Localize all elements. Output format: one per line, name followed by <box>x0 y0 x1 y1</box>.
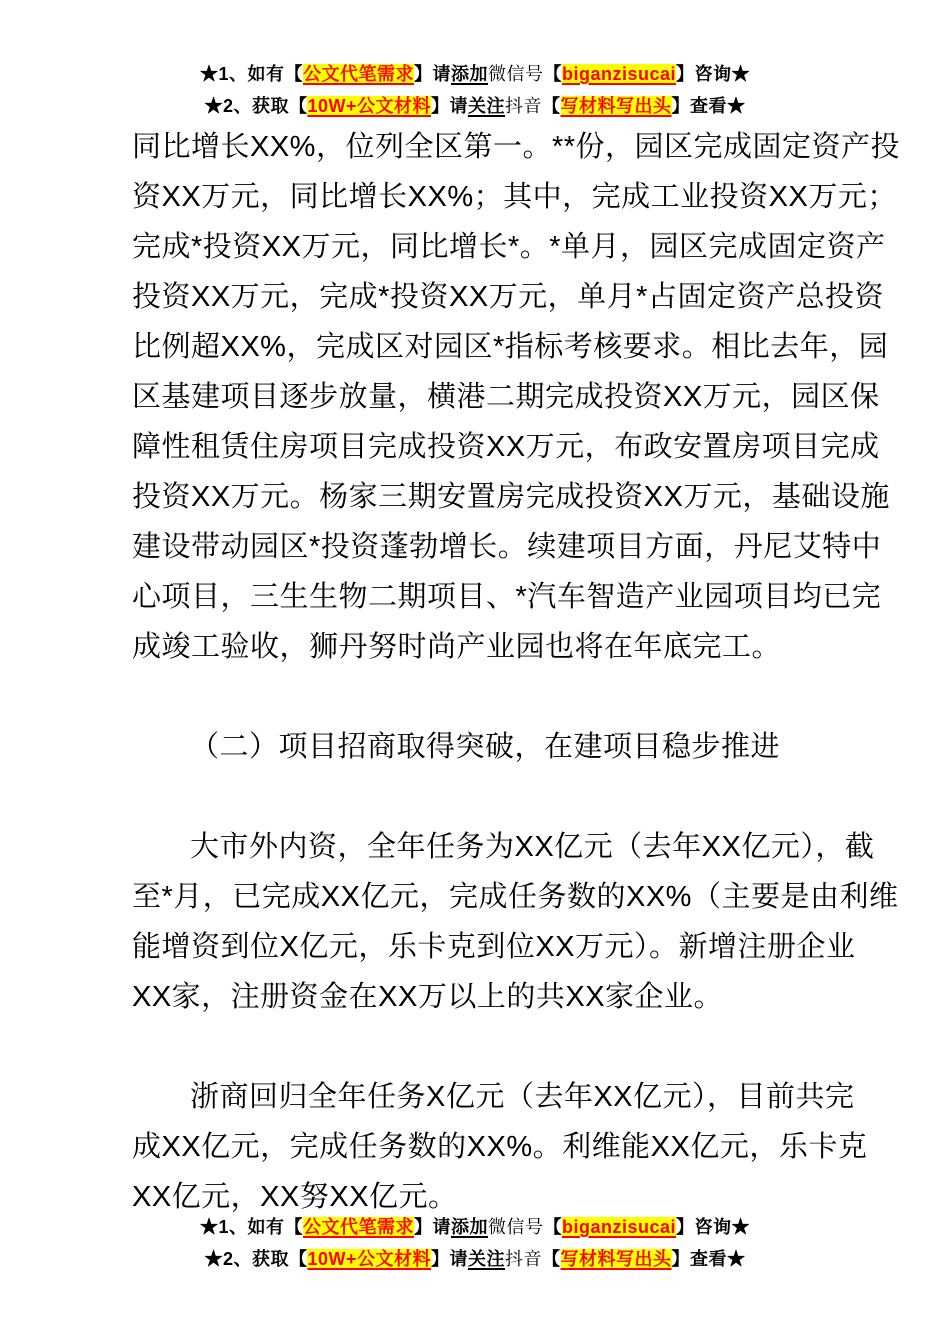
promo-text: 抖音 <box>505 96 542 116</box>
promo-text: 【 <box>543 64 562 84</box>
promo-text: 微信号 <box>488 1217 544 1237</box>
promo-text: 】咨询★ <box>676 1217 750 1237</box>
text-line: （二）项目招商取得突破，在建项目稳步推进 <box>132 722 826 772</box>
promo-text: 】请 <box>431 96 468 116</box>
promo-highlighted-text: 写材料写出头 <box>561 1249 672 1269</box>
promo-text: 【 <box>543 1217 562 1237</box>
text-line: 心项目，三生生物二期项目、*汽车智造产业园项目均已完 <box>132 572 826 622</box>
promo-highlighted-text: biganzisucai <box>562 64 676 84</box>
promo-highlighted-text: 10W+公文材料 <box>307 96 431 116</box>
promo-text: 添加 <box>451 1217 488 1237</box>
promo-text: 关注 <box>468 1249 505 1269</box>
promo-text: 微信号 <box>488 64 544 84</box>
promo-highlighted-text: biganzisucai <box>562 1217 676 1237</box>
document-page: ★1、如有【公文代笔需求】请添加微信号【biganzisucai】咨询★★2、获… <box>0 0 950 1344</box>
promo-highlighted-text: 公文代笔需求 <box>303 1217 414 1237</box>
promo-text: 【 <box>542 96 561 116</box>
promo-text: 】请 <box>414 64 451 84</box>
promo-text: ★1、如有【 <box>200 64 303 84</box>
promo-highlighted-text: 10W+公文材料 <box>307 1249 431 1269</box>
text-line: 同比增长XX%，位列全区第一。**份，园区完成固定资产投 <box>132 122 826 172</box>
text-line: 比例超XX%，完成区对园区*指标考核要求。相比去年，园 <box>132 322 826 372</box>
promo-highlighted-text: 写材料写出头 <box>561 96 672 116</box>
promo-text: 【 <box>542 1249 561 1269</box>
text-line: 资XX万元，同比增长XX%；其中，完成工业投资XX万元； <box>132 172 826 222</box>
text-line: 障性租赁住房项目完成投资XX万元，布政安置房项目完成 <box>132 422 826 472</box>
promo-text: 关注 <box>468 96 505 116</box>
promo-text: 添加 <box>451 64 488 84</box>
text-line: 区基建项目逐步放量，横港二期完成投资XX万元，园区保 <box>132 372 826 422</box>
promo-text: 】咨询★ <box>676 64 750 84</box>
promo-text: 】请 <box>414 1217 451 1237</box>
text-line: 成竣工验收，狮丹努时尚产业园也将在年底完工。 <box>132 622 826 672</box>
promo-text: 】查看★ <box>672 1249 746 1269</box>
promo-text: 抖音 <box>505 1249 542 1269</box>
text-line: 建设带动园区*投资蓬勃增长。续建项目方面，丹尼艾特中 <box>132 522 826 572</box>
text-line: 投资XX万元。杨家三期安置房完成投资XX万元，基础设施 <box>132 472 826 522</box>
promo-line: ★1、如有【公文代笔需求】请添加微信号【biganzisucai】咨询★ <box>0 1211 950 1243</box>
promo-highlighted-text: 公文代笔需求 <box>303 64 414 84</box>
text-line: 成XX亿元，完成任务数的XX%。利维能XX亿元，乐卡克 <box>132 1122 826 1172</box>
text-line: 大市外内资，全年任务为XX亿元（去年XX亿元），截 <box>132 822 826 872</box>
promo-line: ★2、获取【10W+公文材料】请关注抖音【写材料写出头】查看★ <box>0 90 950 122</box>
document-body: 同比增长XX%，位列全区第一。**份，园区完成固定资产投资XX万元，同比增长XX… <box>132 122 826 1222</box>
text-line: 能增资到位X亿元，乐卡克到位XX万元）。新增注册企业 <box>132 922 826 972</box>
promo-header: ★1、如有【公文代笔需求】请添加微信号【biganzisucai】咨询★★2、获… <box>0 58 950 122</box>
text-line: 至*月，已完成XX亿元，完成任务数的XX%（主要是由利维 <box>132 872 826 922</box>
text-line: XX家，注册资金在XX万以上的共XX家企业。 <box>132 972 826 1022</box>
promo-footer: ★1、如有【公文代笔需求】请添加微信号【biganzisucai】咨询★★2、获… <box>0 1211 950 1275</box>
body-paragraph: 同比增长XX%，位列全区第一。**份，园区完成固定资产投资XX万元，同比增长XX… <box>132 122 826 672</box>
promo-line: ★2、获取【10W+公文材料】请关注抖音【写材料写出头】查看★ <box>0 1243 950 1275</box>
promo-text: 】请 <box>431 1249 468 1269</box>
section-heading: （二）项目招商取得突破，在建项目稳步推进 <box>132 722 826 772</box>
promo-line: ★1、如有【公文代笔需求】请添加微信号【biganzisucai】咨询★ <box>0 58 950 90</box>
body-paragraph: 浙商回归全年任务X亿元（去年XX亿元），目前共完成XX亿元，完成任务数的XX%。… <box>132 1072 826 1222</box>
promo-text: 】查看★ <box>672 96 746 116</box>
promo-text: ★1、如有【 <box>200 1217 303 1237</box>
text-line: 投资XX万元，完成*投资XX万元，单月*占固定资产总投资 <box>132 272 826 322</box>
promo-text: ★2、获取【 <box>204 1249 307 1269</box>
promo-text: ★2、获取【 <box>204 96 307 116</box>
body-paragraph: 大市外内资，全年任务为XX亿元（去年XX亿元），截至*月，已完成XX亿元，完成任… <box>132 822 826 1022</box>
text-line: 浙商回归全年任务X亿元（去年XX亿元），目前共完 <box>132 1072 826 1122</box>
text-line: 完成*投资XX万元，同比增长*。*单月，园区完成固定资产 <box>132 222 826 272</box>
